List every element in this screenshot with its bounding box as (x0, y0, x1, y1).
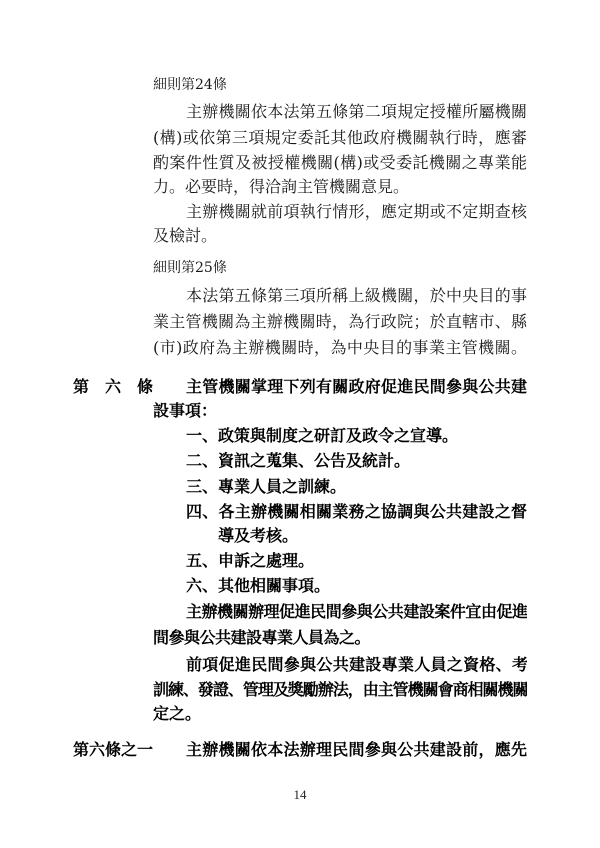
article-6-paragraph-1-line-2: 間參與公共建設專業人員為之。 (153, 627, 370, 649)
rule-24-paragraph-1-line-3: 酌案件性質及被授權機關(構)或受委託機關之專業能 (153, 152, 527, 174)
rule-24-paragraph-2-line-1: 主辦機關就前項執行情形，應定期或不定期查核 (186, 201, 527, 223)
article-6-paragraph-2-line-2: 訓練、發證、管理及獎勵辦法，由主管機關會商相關機關 (153, 679, 527, 701)
article-6-1-label: 第六條之一 (73, 739, 153, 761)
rule-24-paragraph-2-line-2: 及檢討。 (153, 225, 217, 247)
article-6-item-3: 三、專業人員之訓練。 (186, 476, 346, 498)
article-6-item-5: 五、申訴之處理。 (186, 550, 314, 572)
rule-24-paragraph-1-line-2: (構)或依第三項規定委託其他政府機關執行時，應審 (153, 127, 527, 149)
article-6-item-4-line-2: 導及考核。 (218, 525, 298, 547)
rule-25-paragraph-line-2: 業主管機關為主辦機關時，為行政院；於直轄市、縣 (153, 311, 527, 333)
article-6-item-1: 一、政策與制度之研訂及政令之宣導。 (186, 425, 458, 447)
article-6-item-2: 二、資訊之蒐集、公告及統計。 (186, 450, 410, 472)
article-6-label: 第 六 條 (73, 376, 151, 398)
article-6-paragraph-2-line-3: 定之。 (153, 703, 201, 725)
rule-24-paragraph-1-line-4: 力。必要時，得洽詢主管機關意見。 (153, 176, 409, 198)
rule-25-paragraph-line-3: (市)政府為主辦機關時，為中央目的事業主管機關。 (153, 337, 527, 359)
article-6-intro-line-1: 主管機關掌理下列有關政府促進民間參與公共建 (186, 376, 527, 398)
article-6-paragraph-2-line-1: 前項促進民間參與公共建設專業人員之資格、考試、 (186, 654, 527, 676)
article-6-item-6: 六、其他相關事項。 (186, 575, 330, 597)
rule-24-heading: 細則第24條 (153, 74, 227, 96)
page-number: 14 (280, 787, 320, 803)
document-page: 細則第24條 主辦機關依本法第五條第二項規定授權所屬機關 (構)或依第三項規定委… (0, 0, 600, 848)
article-6-paragraph-1-line-1: 主辦機關辦理促進民間參與公共建設案件宜由促進民 (186, 601, 527, 623)
article-6-item-4-line-1: 四、各主辦機關相關業務之協調與公共建設之督 (186, 501, 527, 523)
article-6-1-intro-line-1: 主辦機關依本法辦理民間參與公共建設前，應先 (186, 739, 527, 761)
article-6-intro-line-2: 設事項： (153, 400, 217, 422)
rule-25-heading: 細則第25條 (153, 257, 227, 279)
rule-24-paragraph-1-line-1: 主辦機關依本法第五條第二項規定授權所屬機關 (186, 101, 527, 123)
rule-25-paragraph-line-1: 本法第五條第三項所稱上級機關，於中央目的事 (186, 285, 527, 307)
